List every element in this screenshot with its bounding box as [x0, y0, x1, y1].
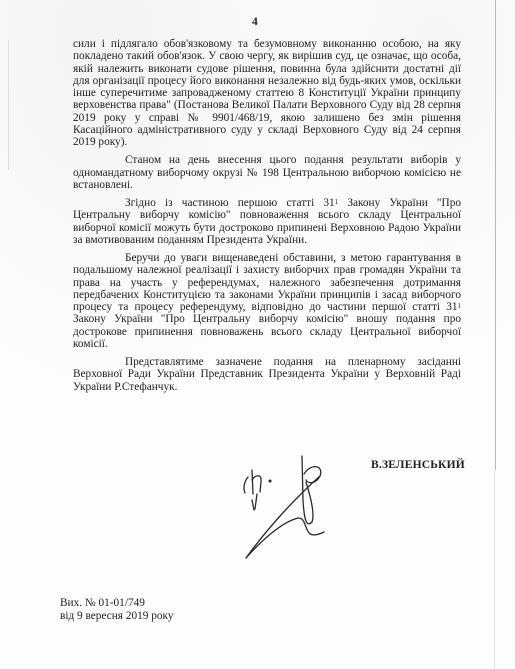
paragraph-text: Згідно із частиною першою статті 31 [125, 197, 335, 209]
outgoing-date: від 9 вересня 2019 року [60, 610, 174, 623]
superscript: 1 [335, 198, 339, 206]
scanned-page: 4 сили і підлягало обов'язковому та безу… [0, 0, 515, 669]
scan-edge-right-lower [494, 470, 495, 669]
letter-body: сили і підлягало обов'язковому та безумо… [73, 38, 461, 399]
paragraph-election-results: Станом на день внесення цього подання ре… [73, 154, 461, 191]
paragraph-law-reference: Згідно із частиною першою статті 311 Зак… [73, 197, 461, 246]
scan-edge-right [495, 0, 496, 470]
outgoing-reference: Вих. № 01-01/749 від 9 вересня 2019 року [60, 597, 174, 622]
signer-name: В.ЗЕЛЕНСЬКИЙ [371, 459, 465, 471]
paragraph-representative: Представлятиме зазначене подання на плен… [73, 356, 461, 393]
paragraph-text: Закону України "Про Центральну виборчу к… [73, 313, 461, 350]
paragraph-continuation: сили і підлягало обов'язковому та безумо… [73, 38, 461, 148]
page-number: 4 [252, 16, 258, 28]
outgoing-number: Вих. № 01-01/749 [60, 597, 174, 610]
paragraph-text: Станом на день внесення цього подання ре… [73, 154, 461, 191]
superscript: 1 [458, 302, 462, 310]
scan-edge-left [8, 40, 9, 170]
paragraph-text: Беручи до уваги вищенаведені обставини, … [73, 252, 461, 313]
paragraph-submission: Беручи до уваги вищенаведені обставини, … [73, 252, 461, 350]
paragraph-text: Представлятиме зазначене подання на плен… [73, 356, 461, 393]
paragraph-text: сили і підлягало обов'язковому та безумо… [73, 38, 461, 148]
